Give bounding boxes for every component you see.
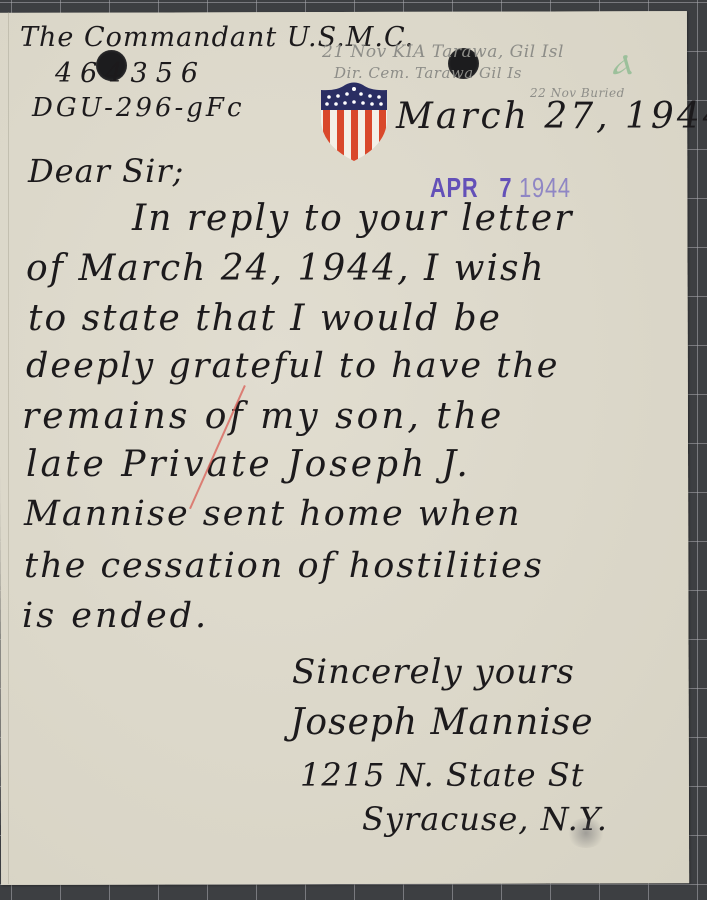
pencil-note-kia: 21 Nov KIA Tarawa, Gil Isl: [322, 42, 564, 62]
body-line-6: late Private Joseph J.: [26, 444, 471, 485]
green-pencil-check-mark: Ⲁ: [612, 48, 632, 82]
signature: Joseph Mannise: [290, 702, 594, 743]
closing: Sincerely yours: [292, 652, 575, 692]
body-line-9: is ended.: [22, 596, 209, 636]
body-line-1: In reply to your letter: [132, 198, 573, 239]
body-line-5: remains of my son, the: [22, 396, 504, 437]
body-line-8: the cessation of hostilities: [24, 546, 544, 586]
address-street: 1215 N. State St: [300, 756, 585, 794]
body-line-4: deeply grateful to have the: [26, 346, 560, 386]
header-file-number: 464356: [55, 58, 206, 89]
pencil-note-cemetery: Dir. Cem. Tarawa Gil Is: [334, 64, 522, 82]
letter-date: March 27, 1944: [396, 96, 707, 137]
body-line-3: to state that I would be: [28, 298, 502, 339]
paper-fold-crease: [8, 12, 9, 884]
body-line-7: Mannise sent home when: [24, 494, 522, 534]
us-flag-shield-icon: [319, 82, 389, 162]
ink-smudge: [566, 818, 606, 848]
header-reference-code: DGU-296-gFc: [32, 93, 245, 123]
body-line-2: of March 24, 1944, I wish: [26, 248, 546, 289]
salutation: Dear Sir;: [28, 152, 184, 190]
